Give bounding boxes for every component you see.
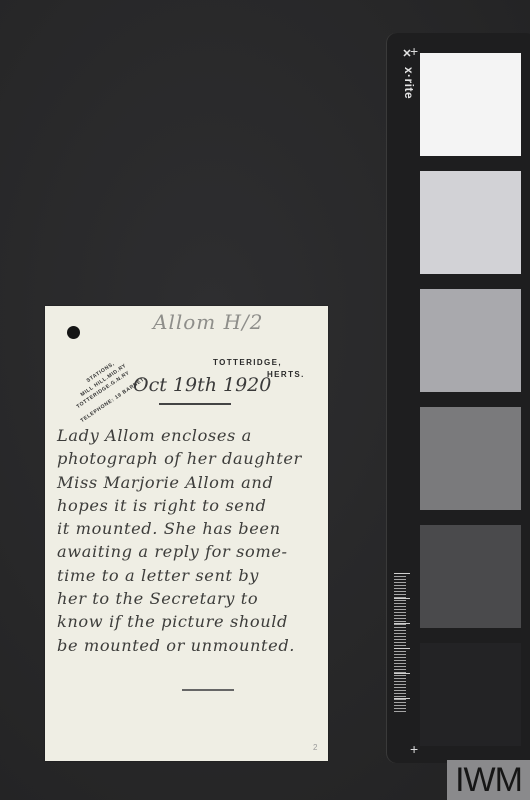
body-line: photograph of her daughter [57,447,327,470]
registration-cross-icon: + [410,44,418,58]
body-line: it mounted. She has been [57,517,327,540]
gray-patch-white [420,53,521,156]
body-line: Miss Marjorie Allom and [57,471,327,494]
gray-patch-mid-light [420,289,521,392]
body-line: know if the picture should [57,610,327,633]
letter-body: Lady Allom encloses a photograph of her … [57,424,327,657]
body-line: hopes it is right to send [57,494,327,517]
address-line-2: HERTS. [267,370,305,379]
closing-underline [182,689,234,691]
body-line: be mounted or unmounted. [57,634,327,657]
punch-hole [67,326,80,339]
date-underline [159,403,231,405]
body-line: Lady Allom encloses a [57,424,327,447]
page-number: 2 [313,743,317,752]
iwm-watermark: IWM [447,760,530,800]
address-line-1: TOTTERIDGE, [213,358,282,367]
body-line: time to a letter sent by [57,564,327,587]
archive-reference: Allom H/2 [153,310,264,334]
gray-patch-black [420,643,521,746]
gray-patch-dark [420,525,521,628]
registration-cross-icon: + [410,742,418,756]
body-line: awaiting a reply for some- [57,540,327,563]
letter-card: Allom H/2 STATIONS, MILL HILL.MID.RY TOT… [45,306,328,761]
gray-patch-mid [420,407,521,510]
brand-label: x·rite [402,67,416,99]
body-line: her to the Secretary to [57,587,327,610]
scale-ruler-major-ticks [394,573,410,713]
gray-patch-light [420,171,521,274]
letter-date: Oct 19th 1920 [133,374,271,396]
